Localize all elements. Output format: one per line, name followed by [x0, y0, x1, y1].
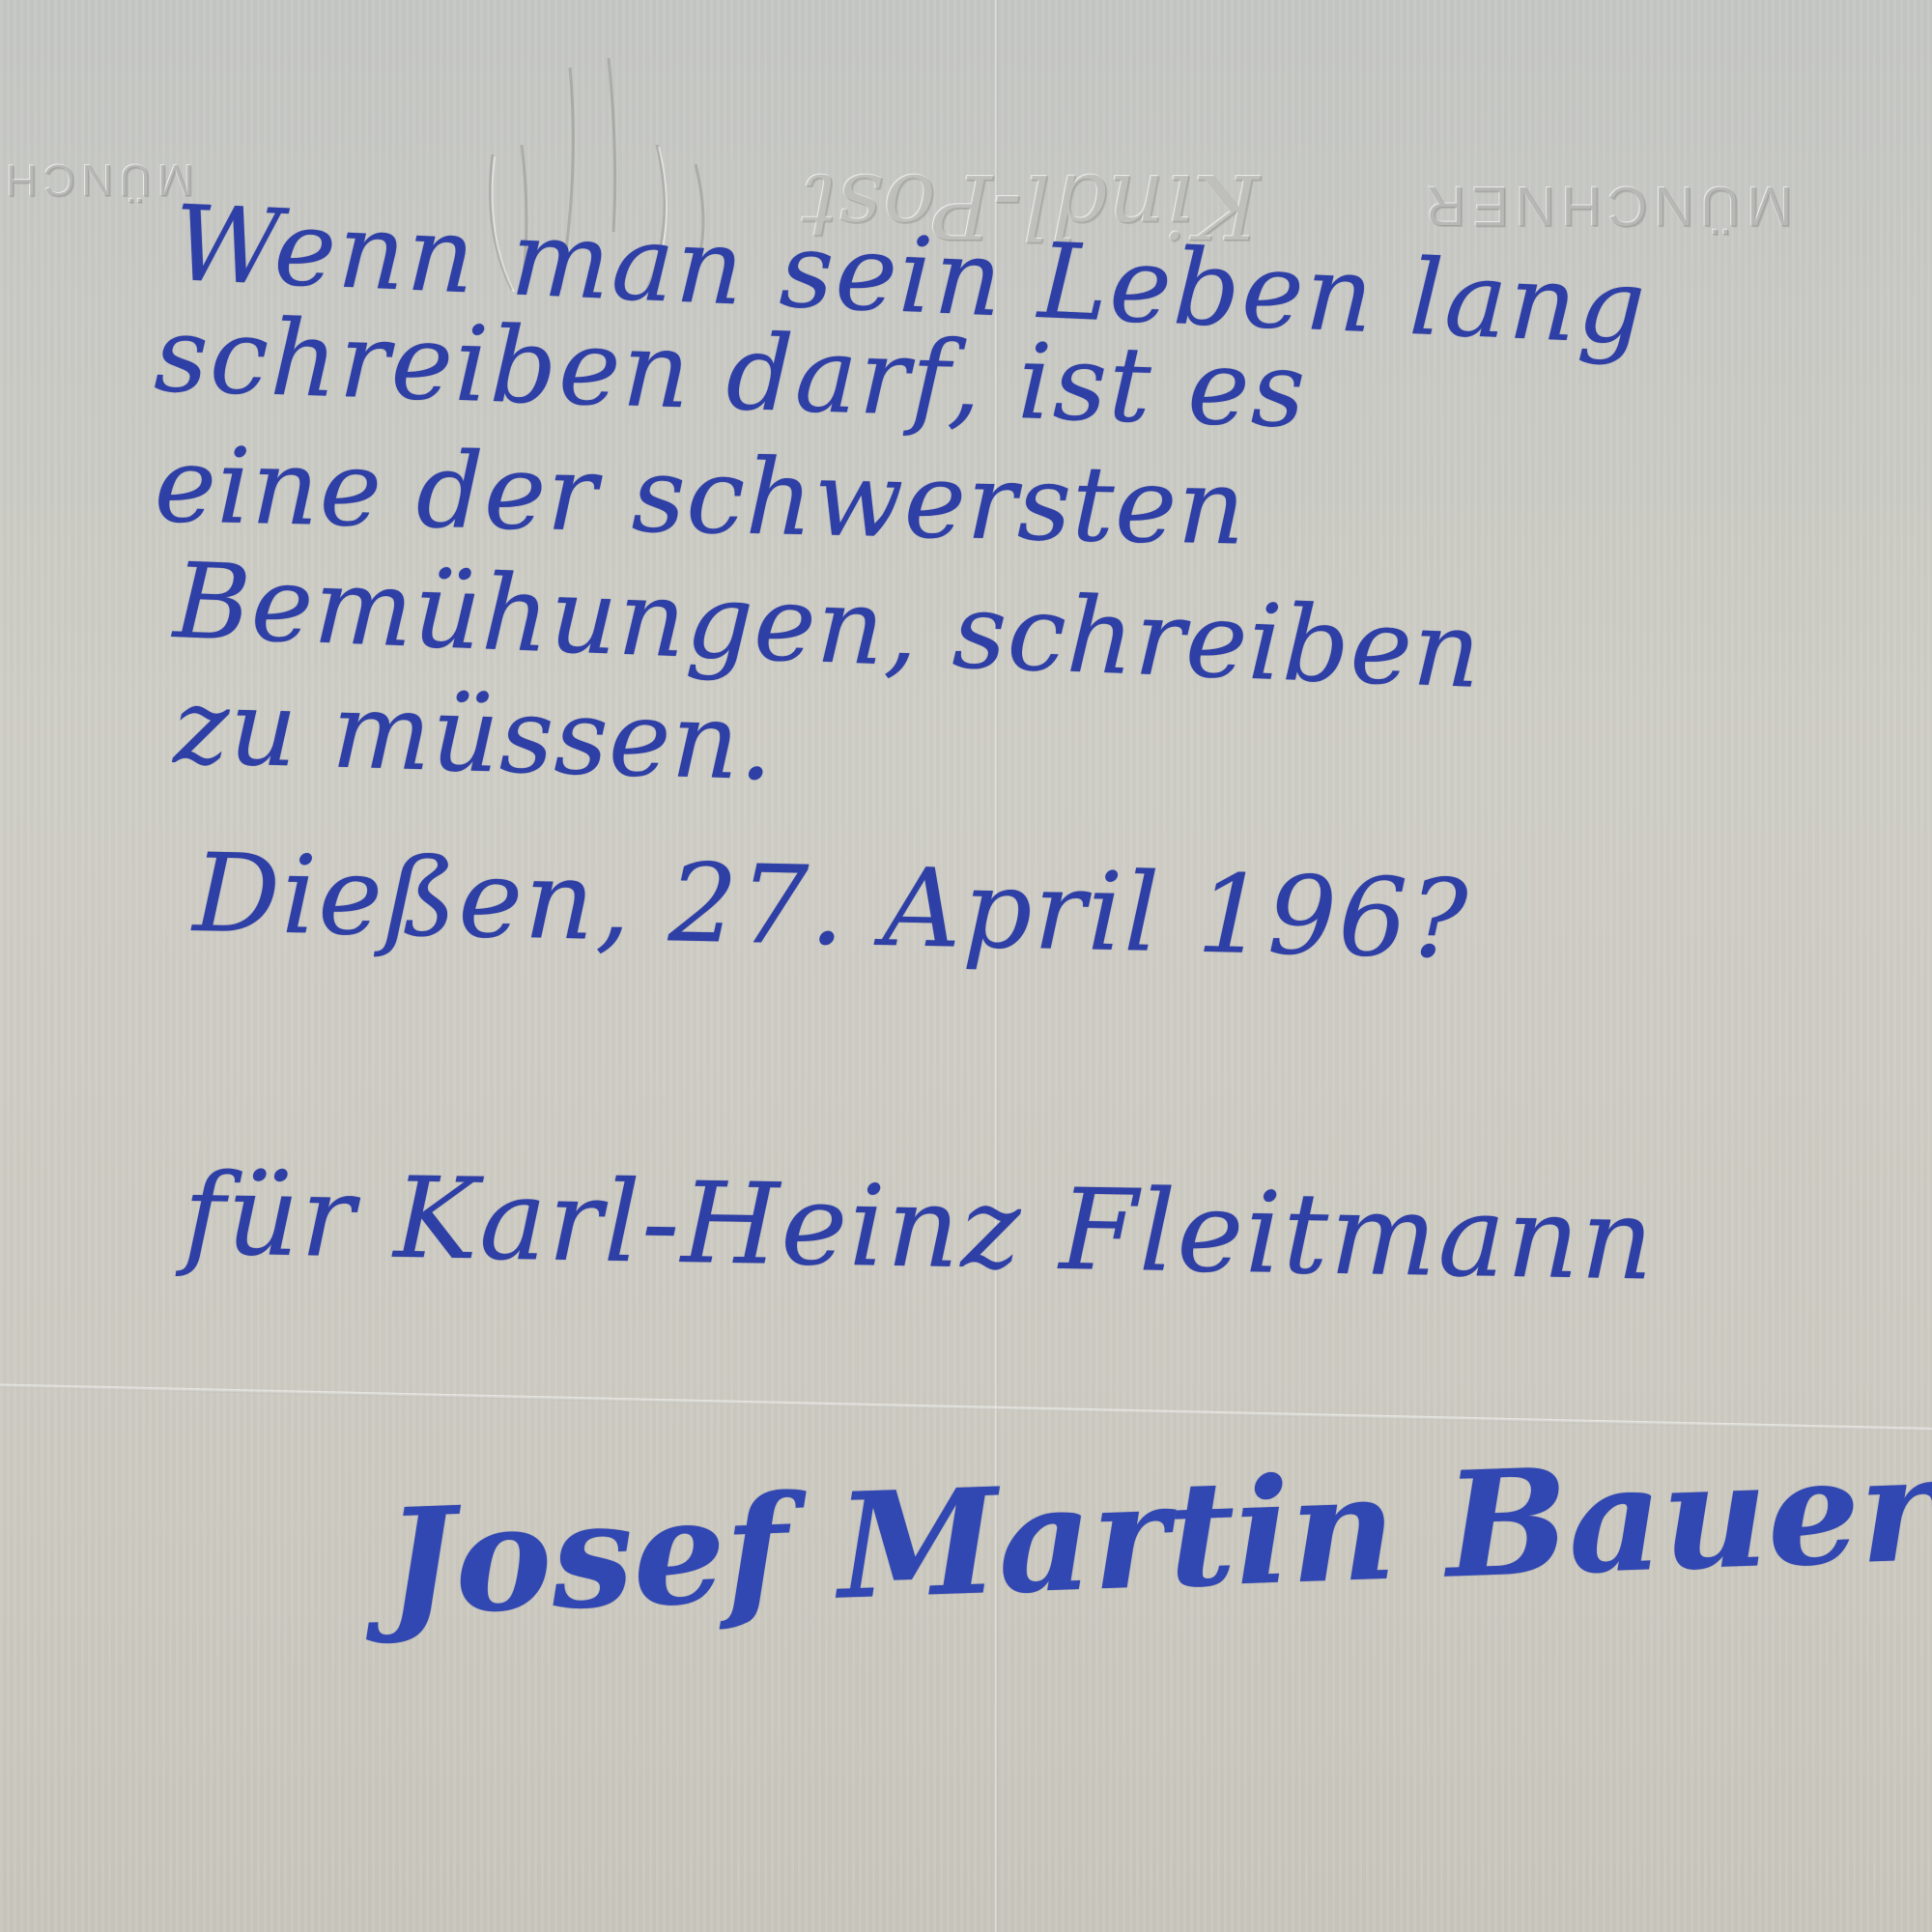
place-and-date: Dießen, 27. April 196?: [192, 831, 1471, 983]
signature: Josef Martin Bauer: [384, 1424, 1932, 1648]
letterhead-right-text: MÜNCHNER: [1420, 174, 1793, 239]
letterhead-left-fragment: MÜNCH: [0, 155, 194, 207]
body-line-5: zu müssen.: [172, 667, 776, 804]
letter-paper: MÜNCH Kindl-Post MÜNCHNER Wenn man sein …: [0, 0, 1932, 1932]
horizontal-fold-crease: [0, 1383, 1932, 1433]
dedication-line: für Karl-Heinz Fleitmann: [183, 1150, 1657, 1306]
